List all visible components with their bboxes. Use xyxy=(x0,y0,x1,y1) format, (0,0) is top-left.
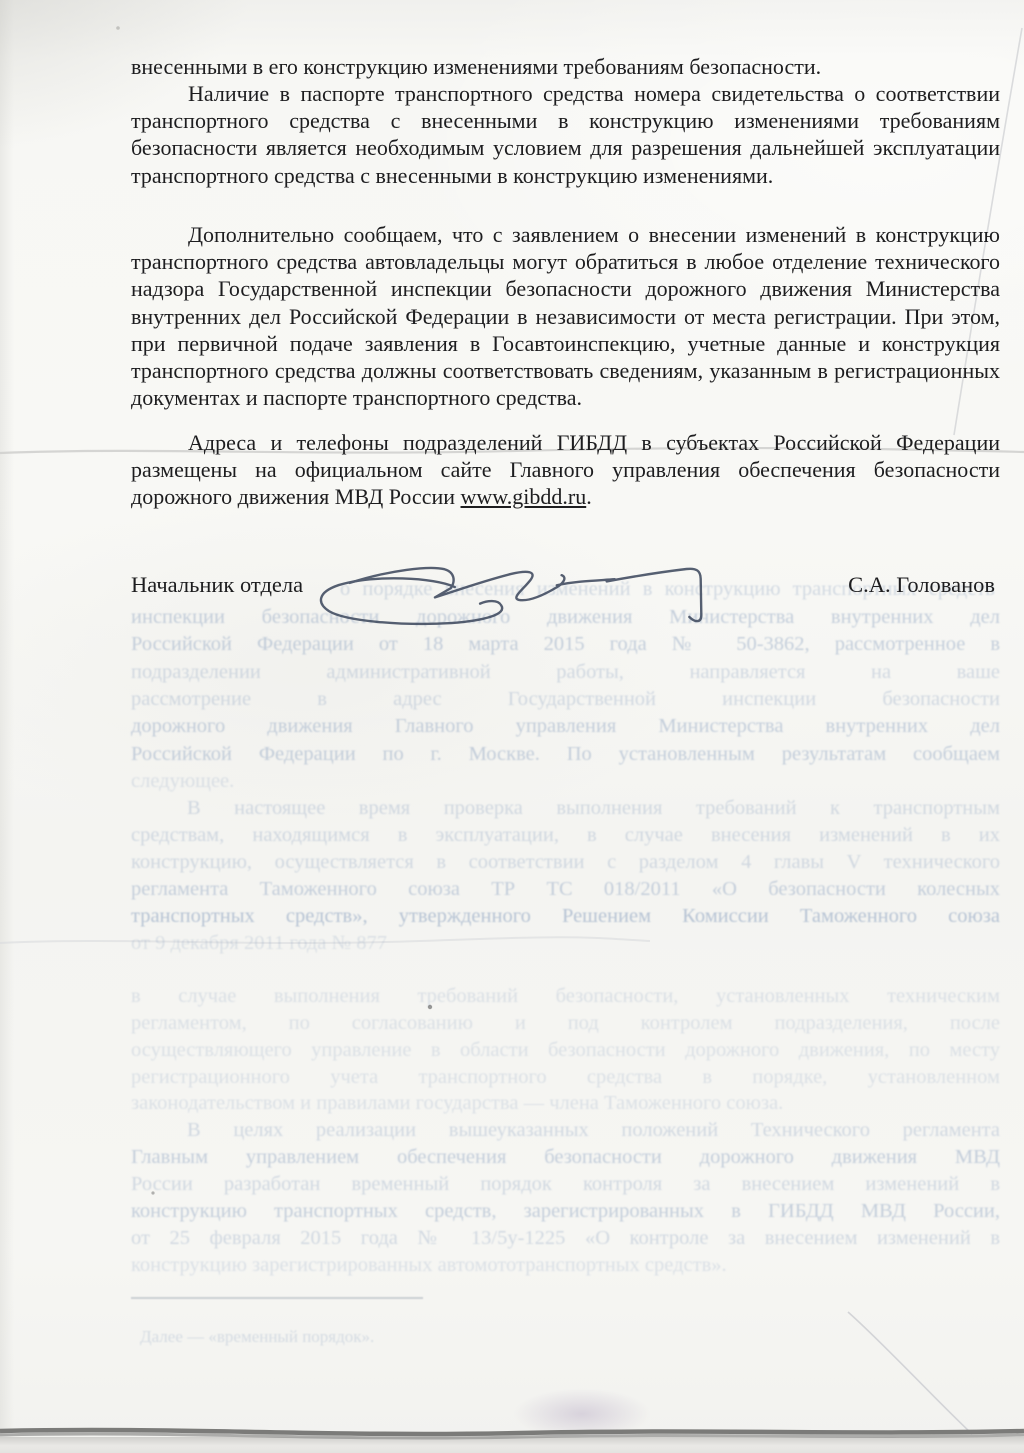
dust-speck xyxy=(151,1191,154,1194)
scanned-letter-page: о порядке внесения изменений в конструкц… xyxy=(0,0,1024,1453)
dust-speck xyxy=(428,1005,432,1009)
scan-artifact-layer xyxy=(0,0,1024,1453)
dust-speck xyxy=(116,26,120,30)
